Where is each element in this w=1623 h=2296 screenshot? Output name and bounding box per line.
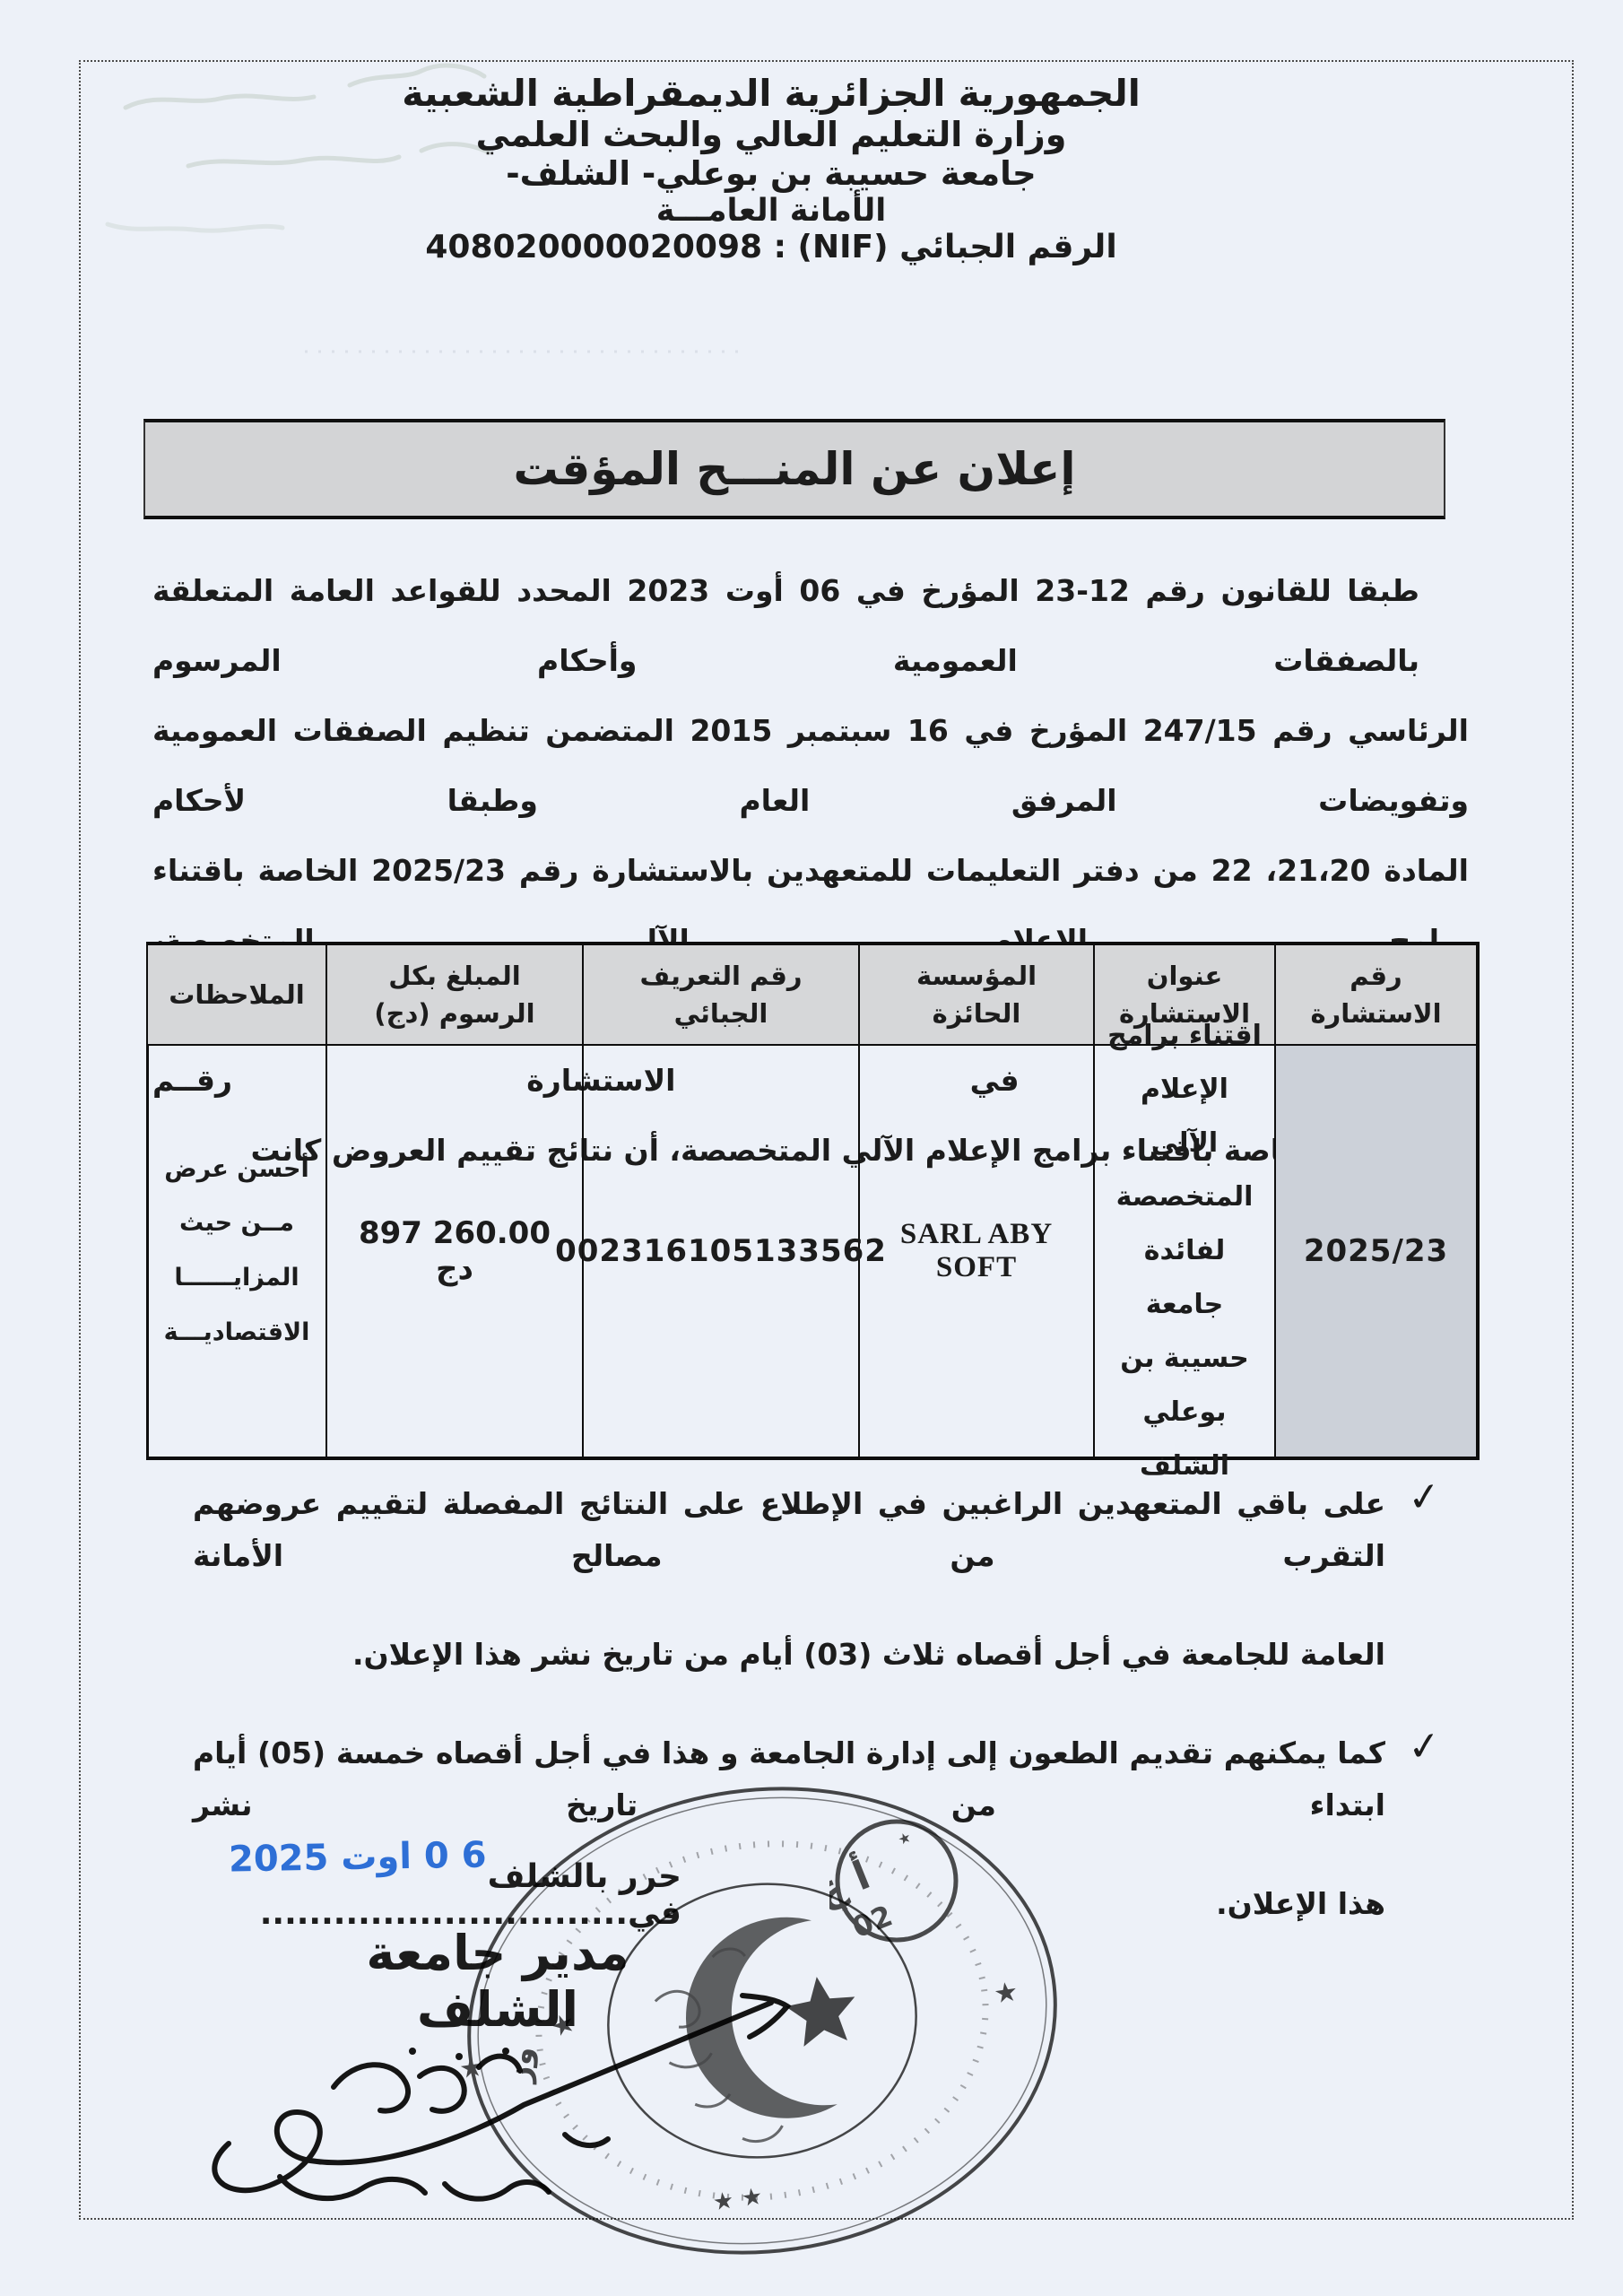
stamp-star-bottom: ★ ★ [711, 2183, 764, 2216]
letterhead: الجمهورية الجزائرية الديمقراطية الشعبية … [0, 72, 1542, 265]
small-round-stamp: أ ع 02 ★ ★ [829, 1813, 964, 1948]
note-item: ✓ على باقي المتعهدين الراغبين في الإطلاع… [193, 1478, 1385, 1681]
document-title: إعلان عن المنـــح المؤقت [514, 443, 1076, 495]
scanned-document-page: الجمهورية الجزائرية الديمقراطية الشعبية … [0, 0, 1623, 2296]
small-stamp-star-1: ★ [896, 1828, 914, 1848]
stamp-bottom-arc-text: ★ جامعة حسيبة بن بوعلي ـ الشلف ★ [453, 1784, 586, 2062]
letterhead-university: جامعة حسيبة بن بوعلي- الشلف- [0, 154, 1542, 193]
letterhead-country: الجمهورية الجزائرية الديمقراطية الشعبية [0, 72, 1542, 115]
header-tax-id: رقم التعريف الجبائي [583, 944, 859, 1045]
letterhead-nif: الرقم الجبائي (NIF) : 408020000020098 [0, 229, 1542, 265]
header-amount: المبلغ بكل الرسوم (دج) [326, 944, 583, 1045]
letterhead-secretariat: الأمانة العامـــة [0, 193, 1542, 229]
cell-consultation-title: اقتناء برامج الإعلام الآلي المتخصصة لفائ… [1094, 1045, 1275, 1457]
checkmark-icon: ✓ [1406, 1473, 1444, 1522]
cell-consultation-number: 2025/23 [1275, 1045, 1477, 1457]
university-round-stamp: وزارة التعليم العالي والبحث العلمي ★ جام… [453, 1780, 1072, 2260]
header-remarks: الملاحظات [147, 944, 326, 1045]
header-consultation-number: رقم الاستشارة [1275, 944, 1477, 1045]
cell-tax-id: 002316105133562 [583, 1045, 859, 1457]
svg-text:وزارة التعليم العالي والبحث ال: وزارة التعليم العالي والبحث العلمي [453, 1787, 546, 2099]
intro-line: الرئاسي رقم 247/15 المؤرخ في 16 سبتمبر 2… [152, 696, 1469, 836]
note-line: على باقي المتعهدين الراغبين في الإطلاع ع… [193, 1478, 1385, 1582]
letterhead-ministry: وزارة التعليم العالي والبحث العلمي [0, 115, 1542, 154]
cell-amount: 897 260.00 دج [326, 1045, 583, 1457]
stamp-star-center [782, 1972, 861, 2048]
header-winning-company: المؤسسة الحائزة [859, 944, 1094, 1045]
intro-line: طبقا للقانون رقم 12-23 المؤرخ في 06 أوت … [152, 556, 1469, 696]
note-line: العامة للجامعة في أجل أقصاه ثلاث (03) أي… [193, 1629, 1385, 1681]
checkmark-icon: ✓ [1406, 1722, 1444, 1771]
stamp-top-arc-text: وزارة التعليم العالي والبحث العلمي [453, 1787, 546, 2099]
results-table: رقم الاستشارة عنوان الاستشارة المؤسسة ال… [146, 942, 1480, 1460]
svg-text:★ جامعة حسيبة بن بوعلي ـ الشلف: ★ جامعة حسيبة بن بوعلي ـ الشلف ★ [453, 1784, 586, 2062]
cell-winning-company: SARL ABY SOFT [859, 1045, 1094, 1457]
stamp-star-left: ★ [457, 2051, 486, 2085]
date-stamp: 0 6 اوت 2025 [229, 1834, 487, 1880]
document-title-bar: إعلان عن المنـــح المؤقت [143, 419, 1445, 519]
cell-remarks: أحسن عرض مــن حيث المزايــــــا الاقتصاد… [147, 1045, 326, 1457]
stamp-star-right: ★ [992, 1976, 1020, 2010]
